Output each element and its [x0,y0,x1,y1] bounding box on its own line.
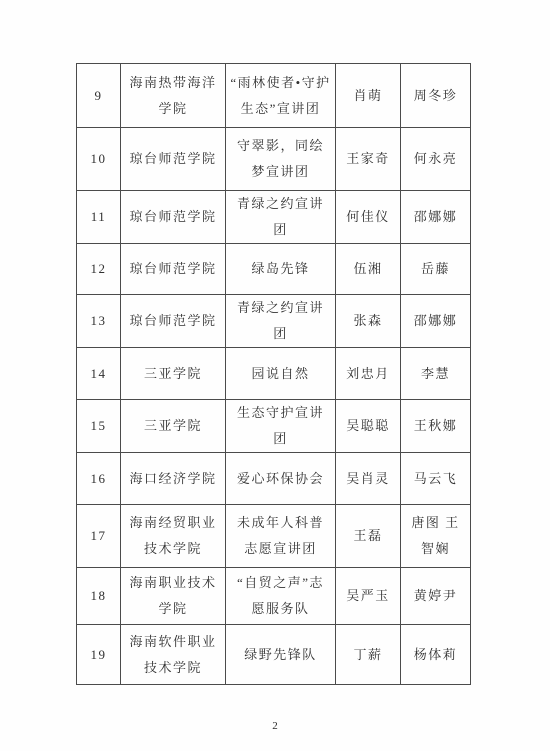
cell-school: 海南职业技术学院 [121,568,226,625]
cell-row-number: 11 [77,191,121,244]
cell-school: 琼台师范学院 [121,295,226,348]
cell-team-name: 守翠影，同绘梦宣讲团 [226,128,336,191]
cell-advisor: 周冬珍 [401,64,471,128]
cell-school: 琼台师范学院 [121,128,226,191]
cell-advisor: 杨体莉 [401,625,471,685]
table-row: 17 海南经贸职业技术学院 未成年人科普志愿宣讲团 王磊 唐图 王智娴 [77,505,471,568]
cell-leader: 刘忠月 [336,348,401,400]
cell-team-name: “自贸之声”志愿服务队 [226,568,336,625]
table-row: 12 琼台师范学院 绿岛先锋 伍湘 岳藤 [77,244,471,295]
cell-row-number: 19 [77,625,121,685]
cell-leader: 丁薪 [336,625,401,685]
cell-leader: 吴肖灵 [336,453,401,505]
table-row: 15 三亚学院 生态守护宣讲团 吴聪聪 王秋娜 [77,400,471,453]
table-body: 9 海南热带海洋学院 “雨林使者•守护生态”宣讲团 肖萌 周冬珍 10 琼台师范… [77,64,471,685]
cell-row-number: 13 [77,295,121,348]
cell-leader: 吴严玉 [336,568,401,625]
cell-leader: 王磊 [336,505,401,568]
cell-row-number: 14 [77,348,121,400]
cell-team-name: 青绿之约宣讲团 [226,191,336,244]
table-row: 9 海南热带海洋学院 “雨林使者•守护生态”宣讲团 肖萌 周冬珍 [77,64,471,128]
cell-advisor: 何永亮 [401,128,471,191]
cell-team-name: 园说自然 [226,348,336,400]
cell-team-name: 绿岛先锋 [226,244,336,295]
cell-advisor: 李慧 [401,348,471,400]
cell-advisor: 黄婷尹 [401,568,471,625]
cell-school: 三亚学院 [121,400,226,453]
cell-school: 海南热带海洋学院 [121,64,226,128]
cell-leader: 吴聪聪 [336,400,401,453]
cell-school: 琼台师范学院 [121,191,226,244]
table-row: 13 琼台师范学院 青绿之约宣讲团 张森 邵娜娜 [77,295,471,348]
cell-leader: 肖萌 [336,64,401,128]
table-row: 19 海南软件职业技术学院 绿野先锋队 丁薪 杨体莉 [77,625,471,685]
table-row: 18 海南职业技术学院 “自贸之声”志愿服务队 吴严玉 黄婷尹 [77,568,471,625]
cell-team-name: 青绿之约宣讲团 [226,295,336,348]
cell-team-name: “雨林使者•守护生态”宣讲团 [226,64,336,128]
cell-row-number: 17 [77,505,121,568]
cell-school: 海南经贸职业技术学院 [121,505,226,568]
cell-leader: 何佳仪 [336,191,401,244]
table-row: 16 海口经济学院 爱心环保协会 吴肖灵 马云飞 [77,453,471,505]
cell-leader: 伍湘 [336,244,401,295]
cell-school: 海南软件职业技术学院 [121,625,226,685]
cell-row-number: 15 [77,400,121,453]
cell-row-number: 16 [77,453,121,505]
page-number: 2 [0,720,550,732]
cell-advisor: 岳藤 [401,244,471,295]
cell-advisor: 邵娜娜 [401,295,471,348]
cell-advisor: 邵娜娜 [401,191,471,244]
cell-team-name: 爱心环保协会 [226,453,336,505]
cell-school: 三亚学院 [121,348,226,400]
cell-row-number: 9 [77,64,121,128]
cell-team-name: 生态守护宣讲团 [226,400,336,453]
document-page: 9 海南热带海洋学院 “雨林使者•守护生态”宣讲团 肖萌 周冬珍 10 琼台师范… [0,0,550,751]
cell-advisor: 唐图 王智娴 [401,505,471,568]
table-row: 11 琼台师范学院 青绿之约宣讲团 何佳仪 邵娜娜 [77,191,471,244]
table-row: 10 琼台师范学院 守翠影，同绘梦宣讲团 王家奇 何永亮 [77,128,471,191]
cell-advisor: 马云飞 [401,453,471,505]
cell-advisor: 王秋娜 [401,400,471,453]
cell-school: 海口经济学院 [121,453,226,505]
team-roster-table: 9 海南热带海洋学院 “雨林使者•守护生态”宣讲团 肖萌 周冬珍 10 琼台师范… [76,63,471,685]
cell-leader: 王家奇 [336,128,401,191]
cell-row-number: 10 [77,128,121,191]
cell-school: 琼台师范学院 [121,244,226,295]
cell-leader: 张森 [336,295,401,348]
cell-team-name: 未成年人科普志愿宣讲团 [226,505,336,568]
cell-team-name: 绿野先锋队 [226,625,336,685]
cell-row-number: 18 [77,568,121,625]
cell-row-number: 12 [77,244,121,295]
table-row: 14 三亚学院 园说自然 刘忠月 李慧 [77,348,471,400]
